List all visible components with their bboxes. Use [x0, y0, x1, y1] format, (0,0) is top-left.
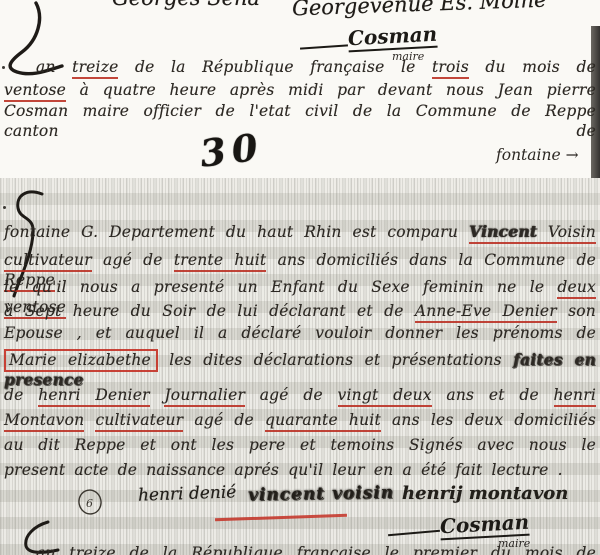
witness-signature-denier: henri denié — [138, 482, 237, 505]
document-line: Epouse , et auquel il a déclaré vouloir … — [4, 323, 596, 343]
text-segment: an treize de la République française le … — [36, 544, 596, 555]
text-segment: du mois de — [469, 58, 596, 76]
text-segment: ans domiciliés dans la Commune de — [266, 251, 596, 269]
witness-signature-montavon: henrij montavon — [402, 483, 568, 504]
text-segment: fontaine G. Departement du haut Rhin est… — [4, 223, 469, 241]
text-segment: present acte de naissance aprés qu'il le… — [4, 461, 563, 479]
annotated-text-segment: Vincent — [469, 222, 537, 244]
document-line: à Sept heure du Soir de lui déclarant et… — [4, 301, 596, 321]
header-signature-right: Georgevenue Es. Moine — [292, 0, 547, 20]
document-line: au dit Reppe et ont les pere et temoins … — [4, 435, 596, 455]
annotated-text-segment: Journalier — [164, 386, 245, 407]
annotated-text-segment: cultivateur — [4, 251, 92, 272]
registry-number: 30 — [198, 124, 266, 175]
text-segment: au dit Reppe et ont les pere et temoins … — [4, 436, 596, 454]
mayor-signature-top: Cosman — [347, 22, 437, 53]
annotated-text-segment: ventose — [4, 81, 66, 102]
text-segment — [150, 386, 165, 404]
document-line: de henri Denier Journalier agé de vingt … — [4, 385, 596, 405]
text-segment: Epouse , et auquel il a déclaré vouloir … — [4, 324, 596, 342]
margin-note-text: fontaine — [496, 146, 561, 164]
annotated-text-segment: Voisin — [548, 223, 596, 244]
text-segment — [84, 411, 95, 429]
text-segment: agé de — [245, 386, 337, 404]
text-segment: agé de — [92, 251, 174, 269]
text-segment: Cosman maire officier de l'etat civil de… — [4, 102, 596, 140]
text-segment: ans et de — [432, 386, 554, 404]
witness-signature-voisin: vincent voisin — [248, 483, 394, 506]
text-segment: an — [36, 58, 72, 76]
document-line: Cosman maire officier de l'etat civil de… — [4, 101, 596, 141]
annotated-text-segment: Marie elizabethe — [4, 349, 158, 372]
text-segment: agé de — [183, 411, 265, 429]
right-arrow-icon: → — [566, 146, 579, 164]
ink-speck — [3, 206, 6, 209]
svg-text:6: 6 — [86, 497, 93, 510]
document-line: ventose à quatre heure après midi par de… — [4, 80, 596, 100]
margin-note-fontaine: fontaine → — [496, 146, 579, 164]
text-segment: les dites déclarations et présentations — [158, 351, 513, 369]
annotated-text-segment: henri — [554, 386, 597, 407]
text-segment: le qu'il nous a presenté un Enfant du Se… — [4, 278, 557, 296]
annotated-text-segment: treize — [72, 58, 118, 79]
annotated-text-segment: quarante huit — [265, 411, 381, 432]
annotated-text-segment: henri Denier — [38, 386, 150, 407]
circled-number-icon: 6 — [76, 486, 104, 518]
header-signature-left: Georges Sena — [112, 0, 260, 10]
document-line: Montavon cultivateur agé de quarante hui… — [4, 410, 596, 430]
scanned-document-page: Georges Sena Georgevenue Es. Moine Cosma… — [0, 0, 600, 555]
signature-flourish-stroke — [300, 44, 348, 49]
document-line: Marie elizabethe les dites déclarations … — [4, 350, 596, 390]
mayor-signature-bottom: Cosman — [439, 510, 529, 541]
text-segment: son — [557, 302, 596, 320]
annotated-text-segment — [537, 223, 548, 244]
text-segment: de la République française le — [118, 58, 432, 76]
annotated-text-segment: trente huit — [174, 251, 267, 272]
annotated-text-segment: vingt deux — [338, 386, 432, 407]
annotated-text-segment: trois — [432, 58, 469, 79]
document-line: an treize de la République française le … — [4, 57, 596, 77]
document-line: fontaine G. Departement du haut Rhin est… — [4, 222, 596, 242]
text-segment: de — [4, 386, 38, 404]
document-line: present acte de naissance aprés qu'il le… — [4, 460, 596, 480]
document-line: an treize de la République française le … — [4, 543, 596, 555]
text-segment: à quatre heure après midi par devant nou… — [66, 81, 596, 99]
text-segment: ans les deux domiciliés — [381, 411, 596, 429]
annotated-text-segment: Anne-Eve Denier — [415, 302, 557, 323]
annotated-text-segment: Montavon — [4, 411, 84, 432]
annotated-text-segment: cultivateur — [95, 411, 183, 432]
text-segment: à Sept heure du Soir de lui déclarant et… — [4, 302, 415, 320]
